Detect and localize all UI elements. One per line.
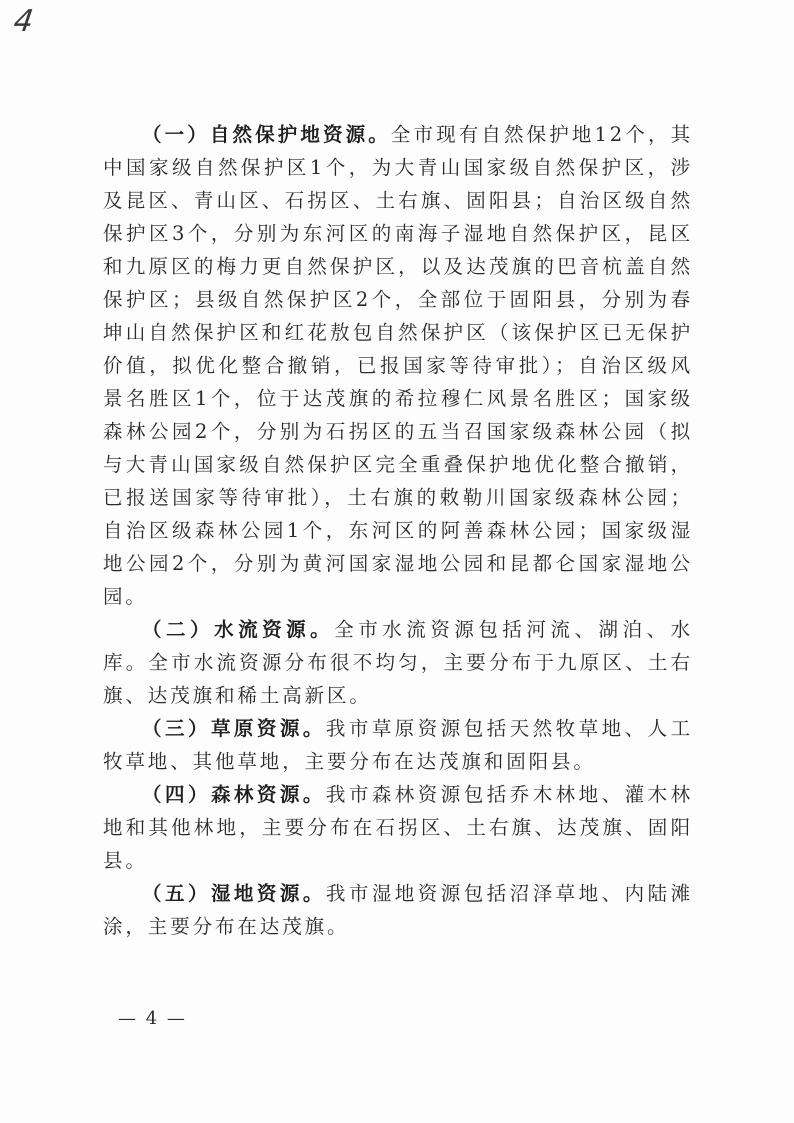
handwritten-page-mark: 4 [12, 4, 36, 39]
paragraph-heading: （三）草原资源。 [142, 717, 326, 740]
paragraph-water-resources: （二）水流资源。全市水流资源包括河流、湖泊、水库。全市水流资源分布很不均匀，主要… [103, 613, 693, 712]
paragraph-heading: （四）森林资源。 [142, 783, 326, 806]
page-number: — 4 — [118, 1008, 187, 1029]
paragraph-grassland-resources: （三）草原资源。我市草原资源包括天然牧草地、人工牧草地、其他草地，主要分布在达茂… [103, 712, 693, 778]
paragraph-text: 全市现有自然保护地12个，其中国家级自然保护区1个，为大青山国家级自然保护区，涉… [103, 123, 693, 608]
paragraph-heading: （一）自然保护地资源。 [142, 123, 391, 146]
paragraph-heading: （五）湿地资源。 [142, 882, 326, 905]
paragraph-heading: （二）水流资源。 [142, 618, 334, 641]
paragraph-wetland-resources: （五）湿地资源。我市湿地资源包括沼泽草地、内陆滩涂，主要分布在达茂旗。 [103, 877, 693, 943]
document-body: （一）自然保护地资源。全市现有自然保护地12个，其中国家级自然保护区1个，为大青… [103, 118, 693, 943]
paragraph-nature-reserves: （一）自然保护地资源。全市现有自然保护地12个，其中国家级自然保护区1个，为大青… [103, 118, 693, 613]
paragraph-forest-resources: （四）森林资源。我市森林资源包括乔木林地、灌木林地和其他林地，主要分布在石拐区、… [103, 778, 693, 877]
document-page: 4 （一）自然保护地资源。全市现有自然保护地12个，其中国家级自然保护区1个，为… [0, 0, 794, 1123]
